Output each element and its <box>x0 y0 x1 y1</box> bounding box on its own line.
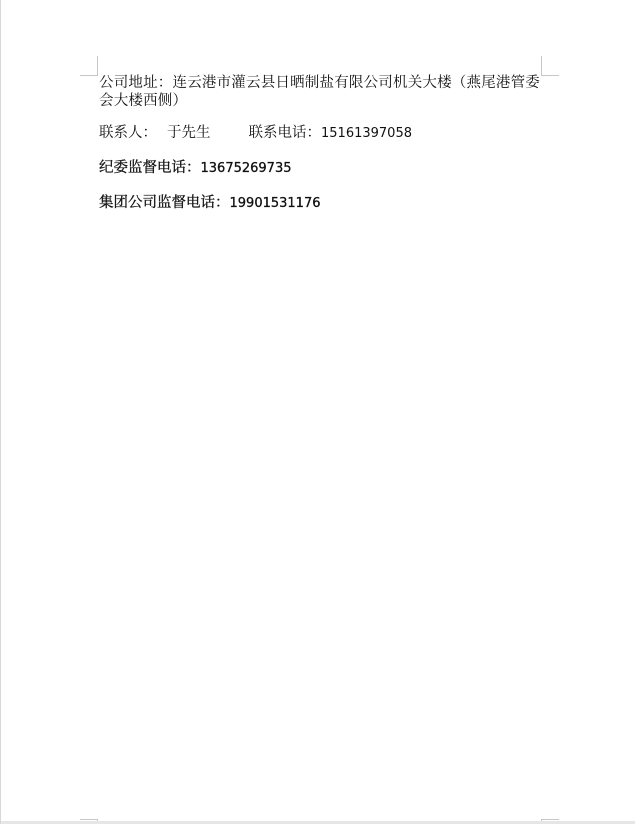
contact-phone-value: 15161397058 <box>321 126 412 141</box>
discipline-phone-value: 13675269735 <box>201 161 292 176</box>
contact-phone-label: 联系电话： <box>249 125 322 141</box>
group-phone-line[interactable]: 集团公司监督电话：19901531176 <box>99 194 320 213</box>
margin-mark-bottom-right-horizontal <box>541 819 559 820</box>
margin-mark-bottom-left-horizontal <box>80 819 98 820</box>
margin-mark-top-left-vertical <box>97 56 98 75</box>
margin-mark-top-left-horizontal <box>80 75 98 76</box>
contact-person-label: 联系人： <box>99 125 157 141</box>
group-phone-value: 19901531176 <box>230 196 321 211</box>
discipline-phone-label: 纪委监督电话： <box>99 160 201 176</box>
group-phone-label: 集团公司监督电话： <box>99 195 230 211</box>
contact-person-value: 于先生 <box>167 125 211 141</box>
company-address-paragraph[interactable]: 公司地址：连云港市灌云县日晒制盐有限公司机关大楼（燕尾港管委会大楼西侧） <box>99 74 544 110</box>
address-label: 公司地址： <box>99 75 173 91</box>
discipline-phone-line[interactable]: 纪委监督电话：13675269735 <box>99 159 291 178</box>
document-page: 公司地址：连云港市灌云县日晒制盐有限公司机关大楼（燕尾港管委会大楼西侧） 联系人… <box>0 0 635 824</box>
margin-mark-top-right-vertical <box>541 56 542 75</box>
contact-line[interactable]: 联系人：于先生联系电话：15161397058 <box>99 124 412 143</box>
